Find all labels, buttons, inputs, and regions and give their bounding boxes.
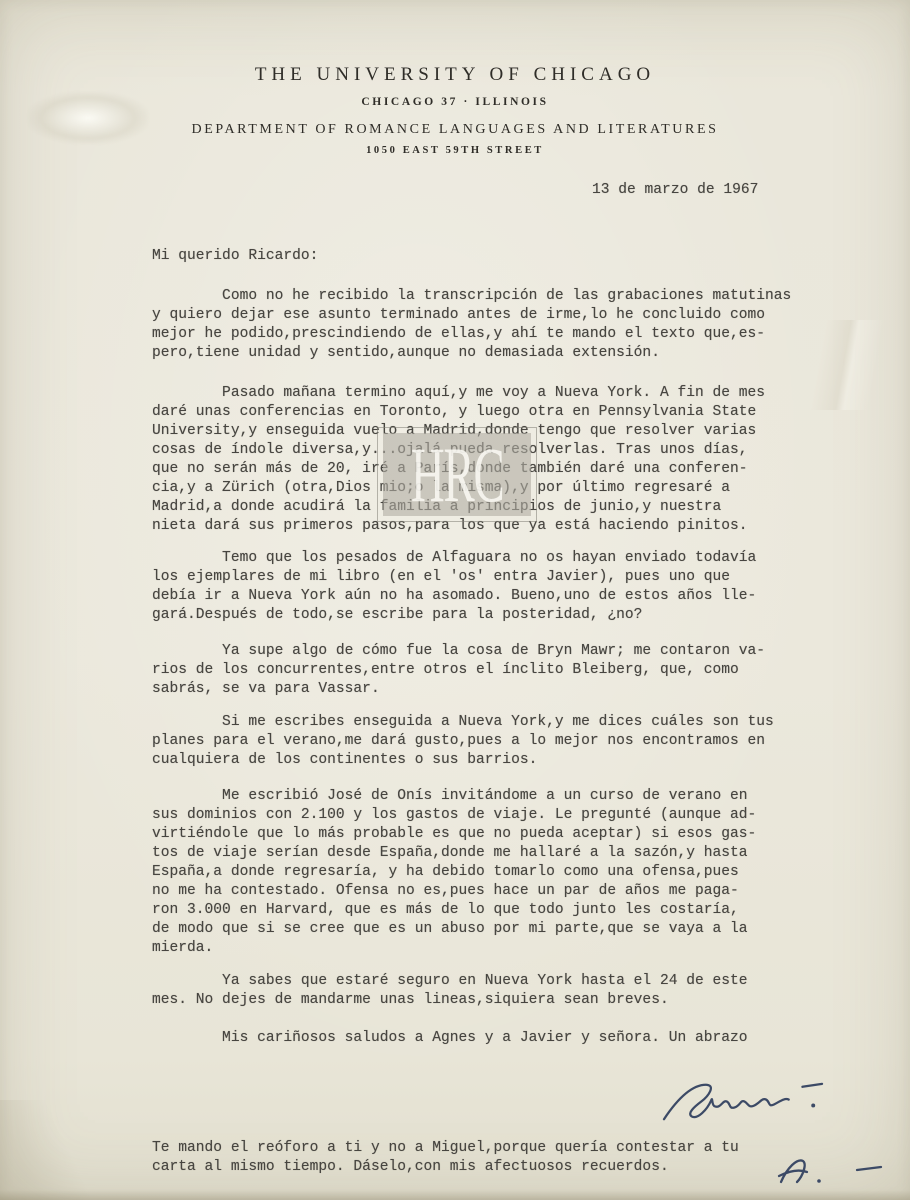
- letter-page: THE UNIVERSITY OF CHICAGO CHICAGO 37 · I…: [0, 0, 910, 1200]
- date-line: 13 de marzo de 1967: [592, 181, 758, 200]
- signature-ayala-scrawl: [655, 1076, 833, 1130]
- letterhead-university: THE UNIVERSITY OF CHICAGO: [0, 64, 910, 86]
- letter-paragraph-4: Ya supe algo de cómo fue la cosa de Bryn…: [152, 642, 765, 699]
- paper-crease-bottom-left: [0, 1100, 160, 1200]
- signature-handwriting: [655, 1076, 833, 1130]
- letter-paragraph-8: Mis cariñosos saludos a Agnes y a Javier…: [152, 1029, 748, 1048]
- letter-paragraph-3: Temo que los pesados de Alfaguara no os …: [152, 549, 756, 625]
- postscript-initial-scrawl: [772, 1152, 894, 1192]
- letter-paragraph-6: Me escribió José de Onís invitándome a u…: [152, 787, 756, 958]
- letterhead-department: DEPARTMENT OF ROMANCE LANGUAGES AND LITE…: [0, 122, 910, 138]
- letterhead-city-line: CHICAGO 37 · ILLINOIS: [0, 96, 910, 108]
- postscript: Te mando el reóforo a ti y no a Miguel,p…: [152, 1139, 739, 1177]
- letter-paragraph-1: Como no he recibido la transcripción de …: [152, 287, 791, 363]
- letter-paragraph-5: Si me escribes enseguida a Nueva York,y …: [152, 713, 774, 770]
- postscript-initial-handwriting: [772, 1152, 894, 1192]
- letter-paragraph-7: Ya sabes que estaré seguro en Nueva York…: [152, 972, 748, 1010]
- salutation: Mi querido Ricardo:: [152, 247, 318, 266]
- letter-paragraph-2: Pasado mañana termino aquí,y me voy a Nu…: [152, 384, 765, 536]
- letterhead-address: 1050 EAST 59TH STREET: [0, 145, 910, 156]
